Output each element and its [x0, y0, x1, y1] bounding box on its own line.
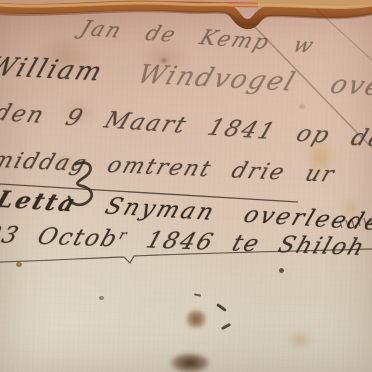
ink-fleck [279, 268, 284, 273]
stain [164, 350, 216, 372]
stain [299, 104, 305, 109]
handwriting-name-william: William [0, 52, 108, 87]
handwriting-line-2-rest: Windvogel ove [134, 60, 372, 102]
ink-fleck [221, 323, 231, 330]
ink-fleck [216, 303, 227, 312]
handwriting-line-3: den 9 Maart 1841 op de [0, 100, 372, 153]
stain [282, 326, 318, 354]
handwriting-line-2: William Windvogel ove [0, 52, 372, 102]
stain [182, 306, 210, 332]
handwriting-line-1: Jan de Kemp w [77, 16, 318, 58]
handwriting-line-4: middag omtrent drie ur [0, 148, 339, 188]
ink-fleck [194, 293, 201, 296]
handwriting-name-letta: Letta [0, 186, 81, 217]
old-document-photo: Jan de Kemp w William Windvogel ove den … [0, 0, 372, 372]
stain [16, 262, 22, 267]
stain [99, 296, 104, 300]
